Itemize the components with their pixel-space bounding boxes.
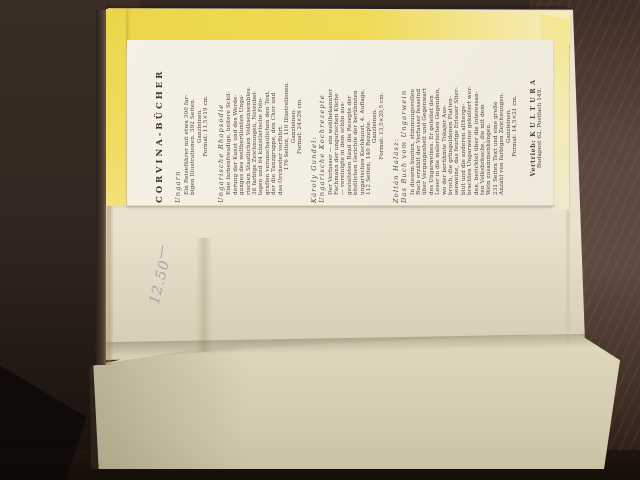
book-cover-edge-tan [104, 205, 113, 365]
distributor-line: Vertrieb: K U L T U R A [529, 53, 537, 203]
book-section-rhapsodie: Ungarische Rhapsodie Eine farbenfreudige… [218, 53, 304, 203]
dust-jacket-flap: CORVINA-BÜCHER Ungarn Ein Reiseführer mi… [127, 40, 553, 206]
flap-bottom-edge [127, 205, 555, 208]
section-body: Eine farbenfreudige, heitere Schil- deru… [226, 53, 284, 203]
book-section-kochrezepte: Károly Gundel: Ungarische Kochrezepte De… [311, 53, 385, 203]
section-meta: Ganzleinen. Format: 11,5×19 cm. [197, 53, 210, 203]
section-heading: Das Buch vom Ungarwein [401, 53, 408, 203]
rotated-catalog-text: CORVINA-BÜCHER Ungarn Ein Reiseführer mi… [127, 40, 553, 206]
dust-jacket-left-strip [106, 9, 126, 206]
book-section-ungarn: Ungarn Ein Reiseführer mit etwa 300 far-… [175, 53, 210, 203]
photo-of-open-book: CORVINA-BÜCHER Ungarn Ein Reiseführer mi… [0, 0, 640, 480]
section-meta: Ganzleinen. Format: 13,5×20,5 cm. [372, 53, 385, 203]
section-body: In diesem bunten, stimmungsvollen Buch e… [410, 53, 506, 203]
section-body: Der Verfasser — ein wohlbekannter Fachma… [328, 53, 373, 203]
catalog-title: CORVINA-BÜCHER [155, 54, 165, 203]
book-section-ungarwein: Zoltán Halász: Das Buch vom Ungarwein In… [393, 53, 518, 203]
section-heading: Ungarische Kochrezepte [319, 53, 326, 203]
section-body: Ein Reiseführer mit etwa 300 far- bigen … [184, 53, 197, 203]
section-meta: 176 Seiten, 110 Illustrationen. Ganzlein… [284, 53, 303, 203]
distributor-block: Vertrieb: K U L T U R A Budapest 62, Pos… [529, 53, 544, 203]
section-meta: Ganzleinen. Format: 14,5×21 cm. [506, 53, 519, 203]
pencil-underline-stroke [160, 245, 163, 258]
section-heading: Ungarische Rhapsodie [218, 53, 225, 203]
distributor-address: Budapest 62, Postfach 149. [537, 53, 544, 203]
section-heading: Ungarn [175, 53, 182, 203]
